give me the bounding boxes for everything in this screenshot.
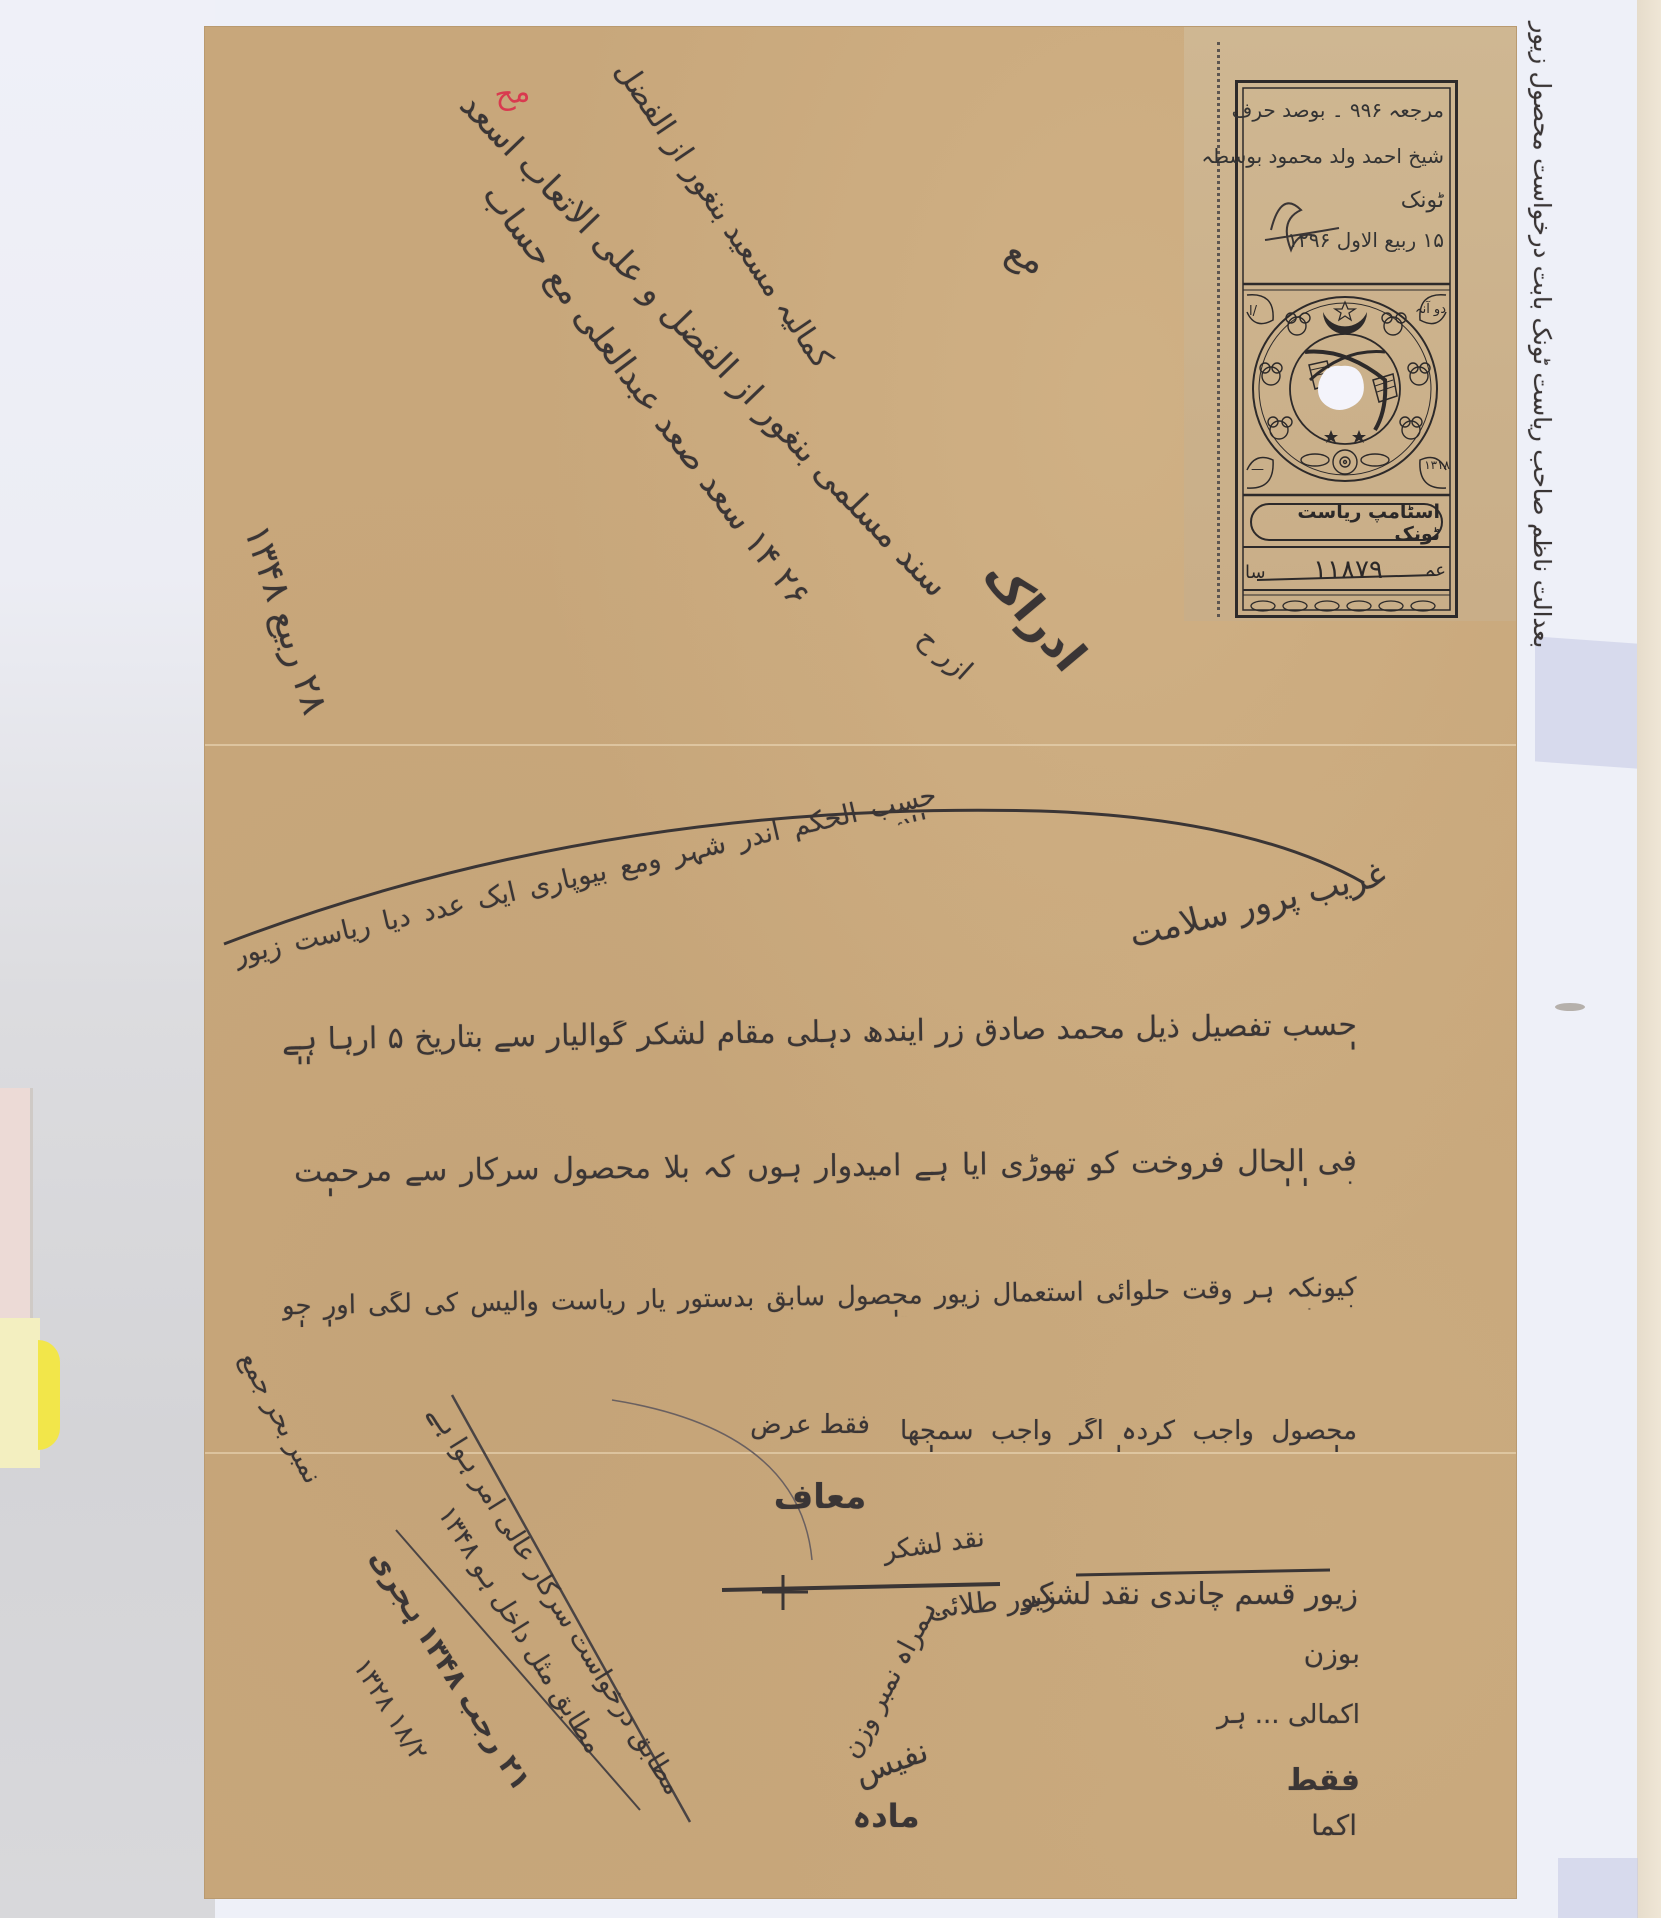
faqat-label: فقط [1290,1766,1360,1796]
ikma-label: اکما [1295,1812,1357,1840]
item-silver-ornaments: زیور قسم چاندی نقد لشکر [1076,1580,1358,1610]
exempt-note: معاف [770,1480,870,1514]
petition-closing: فقط عرض [760,1412,870,1438]
enclosure-note-3: مادہ [836,1800,936,1832]
petition-line-4: محصول واجب کردہ اگر واجب سمجھا جاوے دیا … [900,1418,1357,1452]
total-label: اکمالی ... ہر [1215,1702,1360,1728]
weight-label: بوزن [1290,1640,1360,1668]
